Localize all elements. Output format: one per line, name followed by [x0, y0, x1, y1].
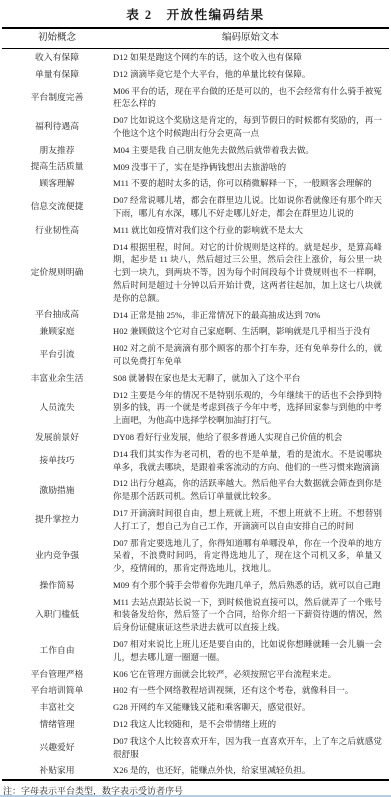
table-row: 工作自由D07 相对来说比上班儿还是要自由的，比如说你想睡就睡一会儿躺一会儿，想… — [2, 636, 389, 666]
table-header-row: 初始概念 编码原始文本 — [2, 29, 389, 49]
table-row: 平台制度完善M06 平台的话，现在平台做的还是可以的，也不会经常有什么骑手被冤枉… — [2, 83, 389, 113]
text-cell: D14 我们其实作为老司机，看的也不是单量，看的是流水。不是说哪块单多，我就去哪… — [112, 446, 389, 476]
text-cell: H02 对之前不是滴滴有那个顾客的那个打车券，还有免单券什么的，就可以免费打车免… — [112, 340, 389, 370]
table-title: 表 2 开放性编码结果 — [0, 0, 391, 27]
table-row: 顾客理解M11 不要的超时太多的话，你可以稍微解释一下，一般顾客会理解的 — [2, 175, 389, 192]
table-row: 朋友推荐M04 主要是我 自己朋友他先去做然后就带着我去做。 — [2, 142, 389, 159]
concept-cell: 激励措施 — [2, 475, 112, 505]
concept-cell: 业内竞争强 — [2, 535, 112, 577]
text-cell: D07 比如说这个奖励这是肯定的，每到节假日的时候都有奖励的，再一个他这个这个时… — [112, 112, 389, 142]
table-row: 提高生活质量M09 没事干了，实在是挣俩钱想出去旅游啥的 — [2, 159, 389, 176]
text-cell: M11 去站点跟站长说一下，到时候他说直接可以，然后就弄了一个账号和装备发给你，… — [112, 594, 389, 636]
concept-cell: 平台培训简单 — [2, 682, 112, 699]
table-row: 平台抽成高D14 正常是抽 25%，非正常情况下的最高抽成达到 70% — [2, 307, 389, 324]
table-row: 情绪管理D12 我这人比较随和，是不会带情绪上班的 — [2, 716, 389, 733]
concept-cell: 福利待遇高 — [2, 112, 112, 142]
text-cell: M09 有个那个骑手会带着你先跑几单子，然后熟悉的话，就可以自己跑 — [112, 577, 389, 594]
text-cell: D14 根据里程，时间。对它的计价规则是这样的。就是起步，是算高峰期，起步是 1… — [112, 239, 389, 307]
paper-table-page: 表 2 开放性编码结果 初始概念 编码原始文本 收入有保障D12 如果是跑这个网… — [0, 0, 391, 797]
table-body: 收入有保障D12 如果是跑这个网约车的话，这个收入也有保障单量有保障D12 滴滴… — [2, 49, 389, 779]
text-cell: M04 主要是我 自己朋友他先去做然后就带着我去做。 — [112, 142, 389, 159]
table-row: 提升掌控力D17 开滴滴时间很自由，想上班就上班，不想上班就不上班。不想替别人打… — [2, 505, 389, 535]
table-row: 发展前景好DY08 看好行业发展，他给了很多普通人实现自己价值的机会 — [2, 429, 389, 446]
concept-cell: 平台引流 — [2, 340, 112, 370]
text-cell: K06 它在管理方面就会比较严，必须按照它平台流程来走。 — [112, 666, 389, 683]
concept-cell: 丰富业余生活 — [2, 370, 112, 387]
concept-cell: 情绪管理 — [2, 716, 112, 733]
concept-cell: 工作自由 — [2, 636, 112, 666]
text-cell: G28 开网约车又能赚钱又能和乘客聊天，感觉很好。 — [112, 699, 389, 716]
concept-cell: 平台制度完善 — [2, 83, 112, 113]
concept-cell: 提升掌控力 — [2, 505, 112, 535]
table-row: 兼顾家庭H02 兼顾做这个它对自己家庭啊、生活啊，影响就是几乎相当于没有 — [2, 323, 389, 340]
text-cell: X26 是的，也还好，能赚点外快，给家里减轻负担。 — [112, 762, 389, 779]
text-cell: D12 如果是跑这个网约车的话，这个收入也有保障 — [112, 49, 389, 66]
text-cell: M06 平台的话，现在平台做的还是可以的，也不会经常有什么骑手被冤枉怎么样的 — [112, 83, 389, 113]
concept-cell: 定价规则明确 — [2, 239, 112, 307]
table-row: 人员流失D12 主要是今年的情况不是特别乐观的，今年继续干的话也不会挣到特别多的… — [2, 387, 389, 429]
text-cell: M11 就比如疫情对我们这个行业的影响就不是太大 — [112, 222, 389, 239]
text-cell: D12 主要是今年的情况不是特别乐观的，今年继续干的话也不会挣到特别多的钱，再一… — [112, 387, 389, 429]
table-row: 信息交流便捷D07 经常说哪儿堵，都会在群里边儿说。比如说你看就像还有那个昨天下… — [2, 192, 389, 222]
table-row: 行业韧性高M11 就比如疫情对我们这个行业的影响就不是太大 — [2, 222, 389, 239]
text-cell: M09 没事干了，实在是挣俩钱想出去旅游啥的 — [112, 159, 389, 176]
table-row: 接单技巧D14 我们其实作为老司机，看的也不是单量，看的是流水。不是说哪块单多，… — [2, 446, 389, 476]
table-row: 收入有保障D12 如果是跑这个网约车的话，这个收入也有保障 — [2, 49, 389, 66]
table-row: 补贴家用X26 是的，也还好，能赚点外快，给家里减轻负担。 — [2, 762, 389, 779]
text-cell: D07 相对来说比上班儿还是要自由的，比如说你想睡就睡一会儿躺一会儿，想去哪儿遛… — [112, 636, 389, 666]
table-row: 平台管理严格K06 它在管理方面就会比较严，必须按照它平台流程来走。 — [2, 666, 389, 683]
concept-cell: 人员流失 — [2, 387, 112, 429]
concept-cell: 收入有保障 — [2, 49, 112, 66]
concept-cell: 单量有保障 — [2, 66, 112, 83]
concept-cell: 朋友推荐 — [2, 142, 112, 159]
text-cell: D07 那肯定要选地儿了，你得知道哪有单哪没单，你在一个没单的地方呆着，不浪费时… — [112, 535, 389, 577]
concept-cell: 顾客理解 — [2, 175, 112, 192]
table-row: 入职门槛低M11 去站点跟站长说一下，到时候他说直接可以，然后就弄了一个账号和装… — [2, 594, 389, 636]
table-row: 平台引流H02 对之前不是滴滴有那个顾客的那个打车券，还有免单券什么的，就可以免… — [2, 340, 389, 370]
concept-cell: 补贴家用 — [2, 762, 112, 779]
text-cell: D12 我这人比较随和，是不会带情绪上班的 — [112, 716, 389, 733]
table-row: 业内竞争强D07 那肯定要选地儿了，你得知道哪有单哪没单，你在一个没单的地方呆着… — [2, 535, 389, 577]
concept-cell: 信息交流便捷 — [2, 192, 112, 222]
concept-cell: 兴趣爱好 — [2, 733, 112, 763]
concept-cell: 接单技巧 — [2, 446, 112, 476]
concept-cell: 兼顾家庭 — [2, 323, 112, 340]
concept-cell: 平台抽成高 — [2, 307, 112, 324]
text-cell: D07 经常说哪儿堵，都会在群里边儿说。比如说你看就像还有那个昨天下雨，哪儿有水… — [112, 192, 389, 222]
text-cell: D14 正常是抽 25%，非正常情况下的最高抽成达到 70% — [112, 307, 389, 324]
text-cell: D17 开滴滴时间很自由，想上班就上班，不想上班就不上班。不想替别人打工了，想自… — [112, 505, 389, 535]
concept-cell: 提高生活质量 — [2, 159, 112, 176]
header-original-text: 编码原始文本 — [112, 29, 389, 48]
concept-cell: 入职门槛低 — [2, 594, 112, 636]
text-cell: D07 我这个人比较喜欢开车，因为我一直喜欢开车，上了车之后就感觉很舒服 — [112, 733, 389, 763]
text-cell: S08 就暑假在家也是太无聊了，就加入了这个平台 — [112, 370, 389, 387]
table-row: 平台培训简单H02 有一些个网络教程培训视频，还有这个考卷，就像科目一。 — [2, 682, 389, 699]
table-row: 操作简易M09 有个那个骑手会带着你先跑几单子，然后熟悉的话，就可以自己跑 — [2, 577, 389, 594]
table-row: 单量有保障D12 滴滴毕竟它是个大平台，他的单量比较有保障。 — [2, 66, 389, 83]
text-cell: H02 兼顾做这个它对自己家庭啊、生活啊，影响就是几乎相当于没有 — [112, 323, 389, 340]
table-row: 丰富业余生活S08 就暑假在家也是太无聊了，就加入了这个平台 — [2, 370, 389, 387]
concept-cell: 发展前景好 — [2, 429, 112, 446]
table-row: 激励措施D12 出行分越高，你的活跃率越大。然后他平台大数据就会筛查到你是你是那… — [2, 475, 389, 505]
text-cell: H02 有一些个网络教程培训视频，还有这个考卷，就像科目一。 — [112, 682, 389, 699]
open-coding-table: 初始概念 编码原始文本 收入有保障D12 如果是跑这个网约车的话，这个收入也有保… — [2, 27, 389, 781]
concept-cell: 丰富社交 — [2, 699, 112, 716]
header-initial-concept: 初始概念 — [2, 29, 112, 48]
text-cell: M11 不要的超时太多的话，你可以稍微解释一下，一般顾客会理解的 — [112, 175, 389, 192]
table-row: 福利待遇高D07 比如说这个奖励这是肯定的，每到节假日的时候都有奖励的，再一个他… — [2, 112, 389, 142]
table-row: 兴趣爱好D07 我这个人比较喜欢开车，因为我一直喜欢开车，上了车之后就感觉很舒服 — [2, 733, 389, 763]
concept-cell: 行业韧性高 — [2, 222, 112, 239]
text-cell: DY08 看好行业发展，他给了很多普通人实现自己价值的机会 — [112, 429, 389, 446]
table-row: 定价规则明确D14 根据里程，时间。对它的计价规则是这样的。就是起步，是算高峰期… — [2, 239, 389, 307]
text-cell: D12 滴滴毕竟它是个大平台，他的单量比较有保障。 — [112, 66, 389, 83]
concept-cell: 平台管理严格 — [2, 666, 112, 683]
table-row: 丰富社交G28 开网约车又能赚钱又能和乘客聊天，感觉很好。 — [2, 699, 389, 716]
text-cell: D12 出行分越高，你的活跃率越大。然后他平台大数据就会筛查到你是你是那个活跃司… — [112, 475, 389, 505]
concept-cell: 操作简易 — [2, 577, 112, 594]
